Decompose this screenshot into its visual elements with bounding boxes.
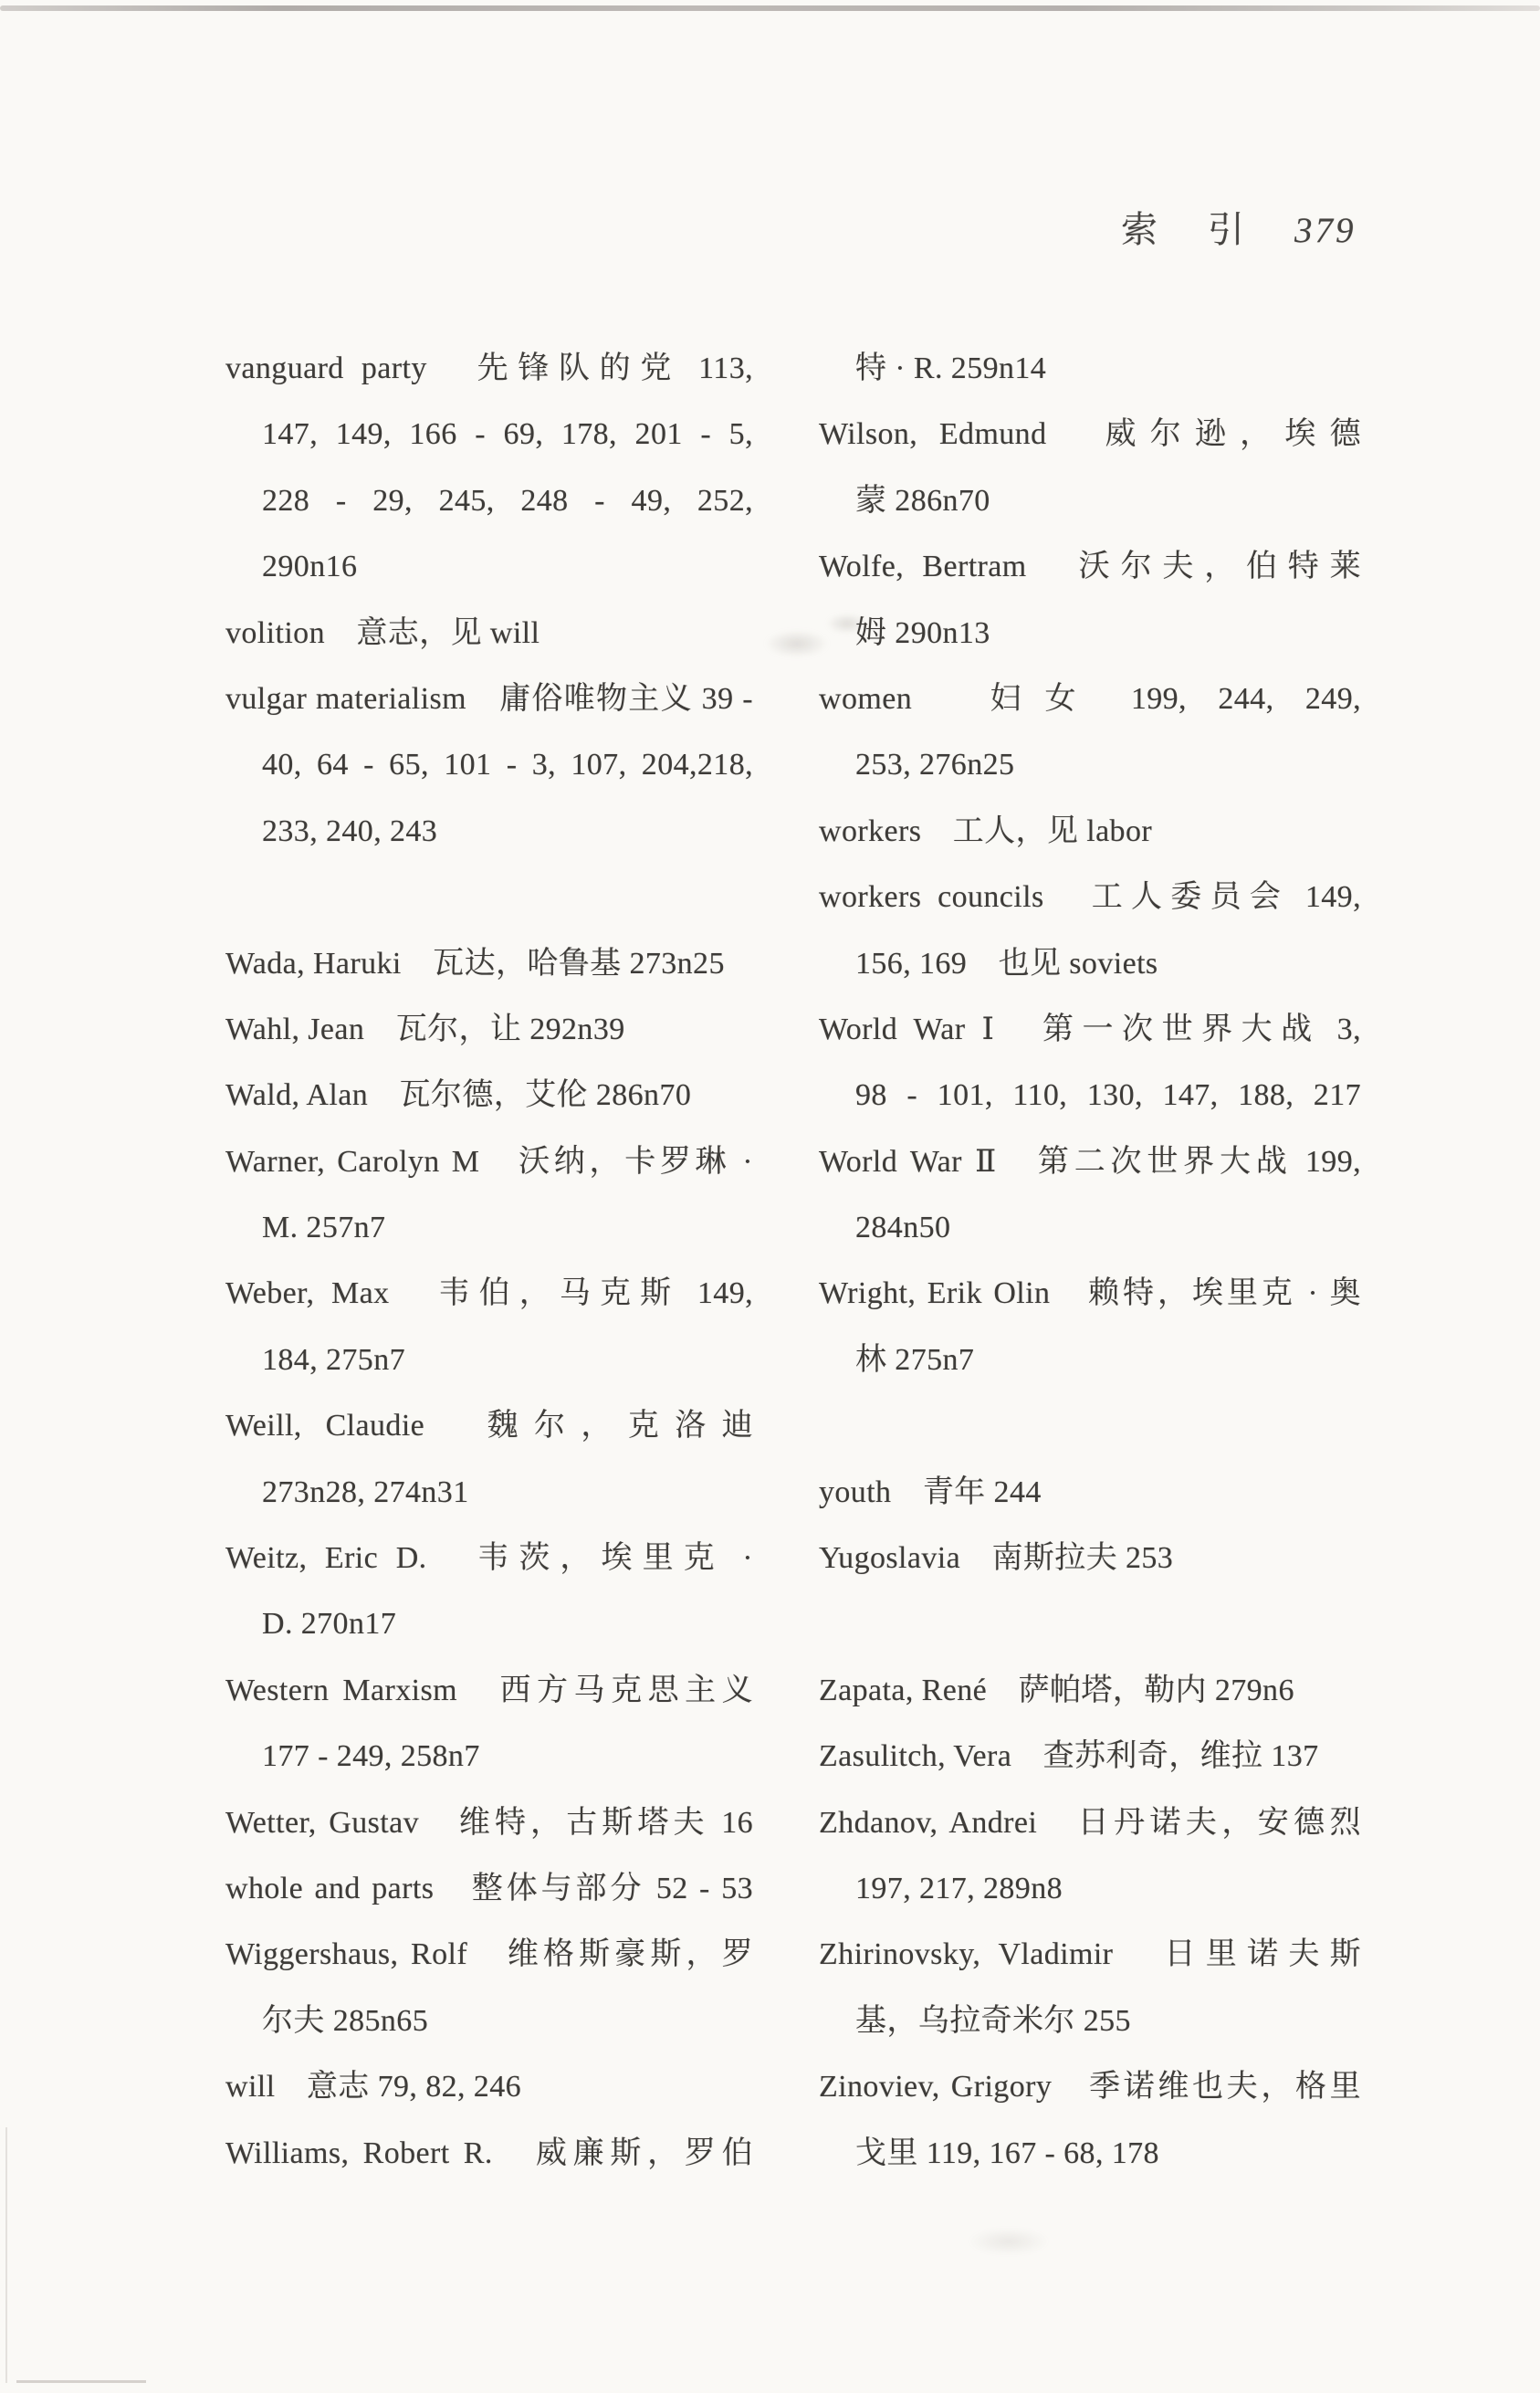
page-number: 379 (1294, 211, 1357, 250)
index-line: 177 - 249, 258n7 (225, 1724, 753, 1790)
header-index-label-left: 索 (1121, 209, 1158, 250)
index-line: Wolfe, Bertram 沃尔夫，伯特莱 (819, 534, 1361, 600)
index-line: vulgar materialism 庸俗唯物主义 39 - (225, 666, 753, 732)
index-line: 228 - 29, 245, 248 - 49, 252, (225, 468, 753, 534)
scan-bottom-edge-line (16, 2380, 146, 2383)
index-line: volition 意志，见 will (225, 601, 753, 666)
index-line: Wright, Erik Olin 赖特，埃里克 · 奥 (819, 1261, 1361, 1327)
page-header: 索引379 (1121, 201, 1357, 253)
index-line: Zasulitch, Vera 查苏利奇，维拉 137 (819, 1724, 1361, 1790)
index-blank-line (819, 1591, 1361, 1657)
index-line: Wada, Haruki 瓦达，哈鲁基 273n25 (225, 931, 753, 997)
index-line: Williams, Robert R. 威廉斯，罗伯 (225, 2121, 753, 2187)
index-line: whole and parts 整体与部分 52 - 53 (225, 1856, 753, 1922)
index-line: 尔夫 285n65 (225, 1989, 753, 2054)
index-line: 98 - 101, 110, 130, 147, 188, 217 (819, 1063, 1361, 1128)
index-line: Western Marxism 西方马克思主义 (225, 1658, 753, 1724)
index-page: 索引379 vanguard party 先锋队的党 113,147, 149,… (0, 0, 1540, 2393)
index-line: 147, 149, 166 - 69, 178, 201 - 5, (225, 402, 753, 467)
index-line: women 妇女 199, 244, 249, (819, 666, 1361, 732)
index-line: 197, 217, 289n8 (819, 1856, 1361, 1922)
index-line: Zinoviev, Grigory 季诺维也夫，格里 (819, 2054, 1361, 2120)
index-blank-line (819, 1393, 1361, 1459)
index-line: Wilson, Edmund 威尔逊，埃德 (819, 402, 1361, 467)
index-line: Wald, Alan 瓦尔德，艾伦 286n70 (225, 1063, 753, 1128)
scan-smudge (968, 2228, 1050, 2255)
index-line: 蒙 286n70 (819, 468, 1361, 534)
index-line: 林 275n7 (819, 1328, 1361, 1393)
index-line: Weill, Claudie 魏尔，克洛迪 (225, 1393, 753, 1459)
index-line: 戈里 119, 167 - 68, 178 (819, 2121, 1361, 2187)
index-line: 40, 64 - 65, 101 - 3, 107, 204,218, (225, 732, 753, 798)
index-line: D. 270n17 (225, 1591, 753, 1657)
index-line: 233, 240, 243 (225, 799, 753, 865)
index-line: Wahl, Jean 瓦尔，让 292n39 (225, 997, 753, 1063)
index-line: Zhirinovsky, Vladimir 日里诺夫斯 (819, 1922, 1361, 1988)
index-line: World War Ⅰ 第一次世界大战 3, (819, 997, 1361, 1063)
index-line: 姆 290n13 (819, 601, 1361, 666)
index-line: 284n50 (819, 1195, 1361, 1261)
index-line: Weber, Max 韦伯，马克斯 149, (225, 1261, 753, 1327)
index-line: Wiggershaus, Rolf 维格斯豪斯，罗 (225, 1922, 753, 1988)
scan-left-edge-line (5, 2127, 7, 2383)
index-line: Warner, Carolyn M 沃纳，卡罗琳 · (225, 1129, 753, 1195)
index-line: Zhdanov, Andrei 日丹诺夫，安德烈 (819, 1790, 1361, 1856)
index-column-right: 特 · R. 259n14Wilson, Edmund 威尔逊，埃德蒙 286n… (819, 336, 1361, 2187)
index-line: vanguard party 先锋队的党 113, (225, 336, 753, 402)
index-line: M. 257n7 (225, 1195, 753, 1261)
index-line: 特 · R. 259n14 (819, 336, 1361, 402)
index-line: workers councils 工人委员会 149, (819, 865, 1361, 930)
header-index-label-right: 引 (1208, 209, 1245, 250)
index-line: World War Ⅱ 第二次世界大战 199, (819, 1129, 1361, 1195)
index-line: 156, 169 也见 soviets (819, 931, 1361, 997)
index-line: Yugoslavia 南斯拉夫 253 (819, 1526, 1361, 1591)
index-line: Weitz, Eric D. 韦茨，埃里克 · (225, 1526, 753, 1591)
index-line: youth 青年 244 (819, 1460, 1361, 1526)
index-line: 290n16 (225, 534, 753, 600)
index-line: 273n28, 274n31 (225, 1460, 753, 1526)
index-line: Zapata, René 萨帕塔，勒内 279n6 (819, 1658, 1361, 1724)
index-line: workers 工人，见 labor (819, 799, 1361, 865)
scan-top-edge-line (0, 5, 1540, 11)
index-blank-line (225, 865, 753, 930)
index-line: Wetter, Gustav 维特，古斯塔夫 16 (225, 1790, 753, 1856)
index-column-left: vanguard party 先锋队的党 113,147, 149, 166 -… (225, 336, 753, 2187)
index-line: 253, 276n25 (819, 732, 1361, 798)
index-line: 184, 275n7 (225, 1328, 753, 1393)
index-line: 基，乌拉奇米尔 255 (819, 1989, 1361, 2054)
index-line: will 意志 79, 82, 246 (225, 2054, 753, 2120)
